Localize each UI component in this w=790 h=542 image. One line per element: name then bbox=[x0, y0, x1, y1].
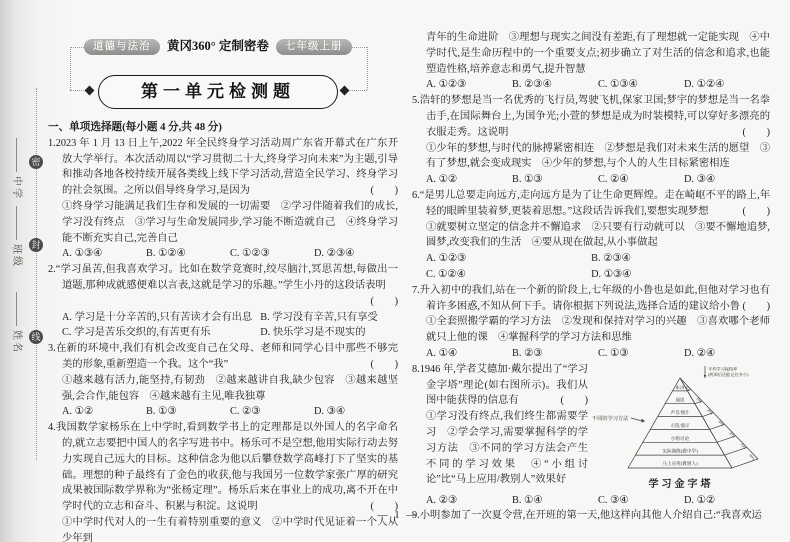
dotted-connector bbox=[350, 90, 367, 91]
question-items: ①就要树立坚定的信念并不懈追求 ②只要有行动就可以 ③要不懈地追梦,圆梦,改变我… bbox=[412, 220, 770, 252]
question-number: 7. bbox=[412, 285, 420, 296]
right-arrow-icon bbox=[641, 419, 645, 423]
percent-label: 20% bbox=[706, 408, 713, 416]
seal-char-feng: 封 bbox=[29, 238, 43, 252]
diamond-ornament bbox=[340, 86, 350, 96]
retention-note-line2: (两周后还能记住多少) bbox=[708, 371, 749, 378]
pyramid-level-label: 阅读 bbox=[676, 396, 685, 403]
dotted-connector bbox=[70, 47, 84, 48]
option-b: B. ①③ bbox=[512, 172, 598, 188]
option-b: B. ②③④ bbox=[512, 77, 598, 93]
unit-title-box: 第一单元检测题 bbox=[98, 75, 338, 109]
answer-bracket: ( ) bbox=[385, 357, 398, 373]
percent-label: 75% bbox=[739, 442, 746, 450]
question-stem: 6.“是男儿总要走向远方,走向远方是为了让生命更辉煌。走在崎岖不平的路上,年轻的… bbox=[412, 188, 770, 220]
options-row: A. ①③④ B. ①②④ C. ①②③ D. ②③④ bbox=[48, 246, 398, 262]
learning-pyramid-figure: 听讲 阅读 声音/图片 示范/演示 小组讨论 实际演练(做中学) 马上应用(教别… bbox=[592, 364, 770, 493]
pyramid-level-label: 听讲 bbox=[676, 384, 685, 391]
option-d: D. ①②④ bbox=[684, 77, 770, 93]
options-row: A. ①④ B. ②③ C. ①③ D. ②④ bbox=[412, 346, 770, 362]
question-stem: 1.2023 年 1 月 13 日上午,2022 年全民终身学习活动周广东省开幕… bbox=[48, 136, 398, 199]
dotted-connector bbox=[352, 47, 367, 48]
percent-label: 50% bbox=[728, 431, 735, 439]
option-d: D. ②④ bbox=[684, 346, 770, 362]
seal-char-xian: 线 bbox=[29, 330, 43, 344]
option-d: D. ①③④ bbox=[591, 267, 770, 283]
section-heading: 一、单项选择题(每小题 4 分,共 48 分) bbox=[48, 120, 398, 136]
question-3: 3.在新的环境中,我们有机会改变自己在父母、老师和同学心目中那些不够完美的形象,… bbox=[48, 341, 398, 420]
answer-bracket: ( ) bbox=[757, 299, 770, 315]
option-b: B. ②③④ bbox=[591, 251, 770, 267]
fill-line bbox=[16, 292, 17, 326]
percent-label: 30% bbox=[717, 419, 724, 427]
option-c: C. 学习是苦乐交织的,有苦更有乐 bbox=[62, 325, 260, 341]
option-d: D. ③④ bbox=[684, 172, 770, 188]
question-number: 2. bbox=[48, 264, 56, 275]
question-8: 听讲 阅读 声音/图片 示范/演示 小组讨论 实际演练(做中学) 马上应用(教别… bbox=[412, 362, 770, 509]
grade-badge: 七年级上册 bbox=[276, 39, 352, 55]
methods-note: 不同的学习方法 bbox=[592, 414, 629, 422]
question-stem: 3.在新的环境中,我们有机会改变自己在父母、老师和同学心目中那些不够完美的形象,… bbox=[48, 341, 398, 373]
option-c: C. ①②③ bbox=[230, 246, 314, 262]
right-column: 青年的生命进阶 ③理想与现实之间没有差距,有了理想就一定能实现 ④中学时代,是生… bbox=[412, 30, 770, 524]
answer-bracket: ( ) bbox=[575, 393, 588, 409]
option-b: B. ①④ bbox=[512, 493, 598, 509]
question-9: 9.小明参加了一次夏令营,在开班的第一天,他这样向其他人介绍自己:“我喜欢运 bbox=[412, 508, 770, 524]
option-d: D. ①② bbox=[684, 493, 770, 509]
field-class: 班级 bbox=[11, 206, 26, 268]
question-stem: 5.浩轩的梦想是当一名优秀的飞行员,驾驶飞机,保家卫国;梦宇的梦想是当一名拳击手… bbox=[412, 93, 770, 140]
options-row: A. ①② B. ①③ C. ②④ D. ③④ bbox=[412, 172, 770, 188]
dotted-connector bbox=[70, 47, 71, 90]
option-c: C. ②③ bbox=[230, 404, 314, 420]
question-items: ①终身学习能满足我们生存和发展的一切需要 ②学习伴随着我们的成长,学习没有终点 … bbox=[48, 199, 398, 246]
pyramid-level-label: 声音/图片 bbox=[671, 409, 690, 416]
answer-bracket: ( ) bbox=[757, 125, 770, 141]
question-4-continued: 青年的生命进阶 ③理想与现实之间没有差距,有了理想就一定能实现 ④中学时代,是生… bbox=[412, 30, 770, 93]
unit-title: 第一单元检测题 bbox=[141, 84, 295, 100]
subject-badge: 道德与法治 bbox=[84, 39, 160, 55]
pyramid-level-label: 示范/演示 bbox=[671, 422, 690, 429]
exam-page: 密 封 线 中学 班级 姓名 道德与法治 黄冈360° 定制密卷 七年级上册 第… bbox=[0, 0, 790, 542]
question-6: 6.“是男儿总要走向远方,走向远方是为了让生命更辉煌。走在崎岖不平的路上,年轻的… bbox=[412, 188, 770, 283]
question-5: 5.浩轩的梦想是当一名优秀的飞行员,驾驶飞机,保家卫国;梦宇的梦想是当一名拳击手… bbox=[412, 93, 770, 188]
question-items: ①少年的梦想,与时代的脉搏紧密相连 ②梦想是我们对未来生活的愿望 ③有了梦想,就… bbox=[412, 141, 770, 173]
option-a: A. ①④ bbox=[426, 346, 512, 362]
option-b: B. 学习没有辛苦,只有享受 bbox=[260, 310, 398, 326]
option-c: C. ②④ bbox=[598, 172, 684, 188]
options-row: A. 学习是十分辛苦的,只有苦读才会有出息 B. 学习没有辛苦,只有享受 C. … bbox=[48, 310, 398, 342]
question-number: 3. bbox=[48, 343, 56, 354]
option-a: A. ①②③ bbox=[426, 77, 512, 93]
figure-caption: 学习金字塔 bbox=[592, 477, 770, 493]
question-number: 6. bbox=[412, 190, 420, 201]
answer-bracket: ( ) bbox=[385, 294, 398, 310]
dotted-connector bbox=[367, 47, 368, 90]
question-items: ①越来越有活力,能坚持,有韧劲 ②越来越讲自我,缺少包容 ③越来越坚强,会合作,… bbox=[48, 373, 398, 405]
option-c: C. ③④ bbox=[598, 493, 684, 509]
question-2: 2.“学习虽苦,但我喜欢学习。比如在数学竞赛时,绞尽脑汁,冥思苦想,每做出一道题… bbox=[48, 262, 398, 341]
pyramid-level-label: 马上应用(教别人) bbox=[662, 460, 698, 467]
field-school: 中学 bbox=[11, 138, 26, 200]
question-1: 1.2023 年 1 月 13 日上午,2022 年全民终身学习活动周广东省开幕… bbox=[48, 136, 398, 262]
options-row: A. ①② B. ①③ C. ②③ D. ③④ bbox=[48, 404, 398, 420]
options-row: A. ①②③ B. ②③④ C. ①③④ D. ①②④ bbox=[412, 77, 770, 93]
option-d: D. ③④ bbox=[314, 404, 398, 420]
pyramid-level-label: 小组讨论 bbox=[671, 435, 690, 442]
question-items: ①全套照搬学霸的学习方法 ②发现和保持对学习的兴趣 ③喜欢哪个老师就只上他的课 … bbox=[412, 314, 770, 346]
down-arrow-icon bbox=[704, 375, 706, 379]
brand-title: 黄冈360° 定制密卷 bbox=[167, 39, 269, 54]
question-number: 1. bbox=[48, 138, 56, 149]
question-stem: 4.我国数学家杨乐在上中学时,看到数学书上的定理都是以外国人的名字命名的,就立志… bbox=[48, 420, 398, 515]
options-row: A. ②③ B. ①④ C. ③④ D. ①② bbox=[412, 493, 770, 509]
seal-char-mi: 密 bbox=[29, 155, 43, 169]
option-b: B. ①②④ bbox=[146, 246, 230, 262]
option-b: B. ②③ bbox=[512, 346, 598, 362]
option-d: D. ②③④ bbox=[314, 246, 398, 262]
question-stem: 2.“学习虽苦,但我喜欢学习。比如在数学竞赛时,绞尽脑汁,冥思苦想,每做出一道题… bbox=[48, 262, 398, 294]
option-a: A. ①②③ bbox=[426, 251, 591, 267]
fill-line bbox=[16, 138, 17, 172]
field-name: 姓名 bbox=[11, 292, 26, 354]
option-a: A. ②③ bbox=[426, 493, 512, 509]
question-stem: 7.升入初中的我们,站在一个新的阶段上,七年级的小鲁也是如此,但他对学习也有着许… bbox=[412, 283, 770, 315]
option-d: D. 快乐学习是不现实的 bbox=[260, 325, 398, 341]
option-c: C. ①③④ bbox=[598, 77, 684, 93]
option-a: A. ①② bbox=[62, 404, 146, 420]
question-number: 5. bbox=[412, 95, 420, 106]
pyramid-level-label: 实际演练(做中学) bbox=[662, 447, 698, 454]
fill-line bbox=[16, 206, 17, 240]
question-items: 青年的生命进阶 ③理想与现实之间没有差距,有了理想就一定能实现 ④中学时代,是生… bbox=[412, 30, 770, 77]
options-row: A. ①②③ B. ②③④ C. ①②④ D. ①③④ bbox=[412, 251, 770, 283]
question-7: 7.升入初中的我们,站在一个新的阶段上,七年级的小鲁也是如此,但他对学习也有着许… bbox=[412, 283, 770, 362]
paper-header: 道德与法治 黄冈360° 定制密卷 七年级上册 第一单元检测题 bbox=[48, 36, 398, 120]
option-b: B. ①③ bbox=[146, 404, 230, 420]
option-c: C. ①③ bbox=[598, 346, 684, 362]
option-a: A. 学习是十分辛苦的,只有苦读才会有出息 bbox=[62, 310, 260, 326]
answer-bracket: ( ) bbox=[385, 183, 398, 199]
option-c: C. ①②④ bbox=[426, 267, 591, 283]
left-column: 道德与法治 黄冈360° 定制密卷 七年级上册 第一单元检测题 一、单项选择题(… bbox=[48, 36, 398, 542]
seal-dotted-line bbox=[36, 88, 37, 460]
answer-bracket: ( ) bbox=[757, 204, 770, 220]
question-number: 4. bbox=[48, 422, 56, 433]
page-number: — 1 — bbox=[338, 510, 458, 521]
learning-pyramid-svg: 听讲 阅读 声音/图片 示范/演示 小组讨论 实际演练(做中学) 马上应用(教别… bbox=[592, 364, 768, 476]
question-number: 8. bbox=[412, 364, 420, 375]
question-4: 4.我国数学家杨乐在上中学时,看到数学书上的定理都是以外国人的名字命名的,就立志… bbox=[48, 420, 398, 542]
question-stem: 9.小明参加了一次夏令营,在开班的第一天,他这样向其他人介绍自己:“我喜欢运 bbox=[412, 508, 770, 524]
option-a: A. ①③④ bbox=[62, 246, 146, 262]
option-a: A. ①② bbox=[426, 172, 512, 188]
diamond-ornament bbox=[85, 86, 95, 96]
